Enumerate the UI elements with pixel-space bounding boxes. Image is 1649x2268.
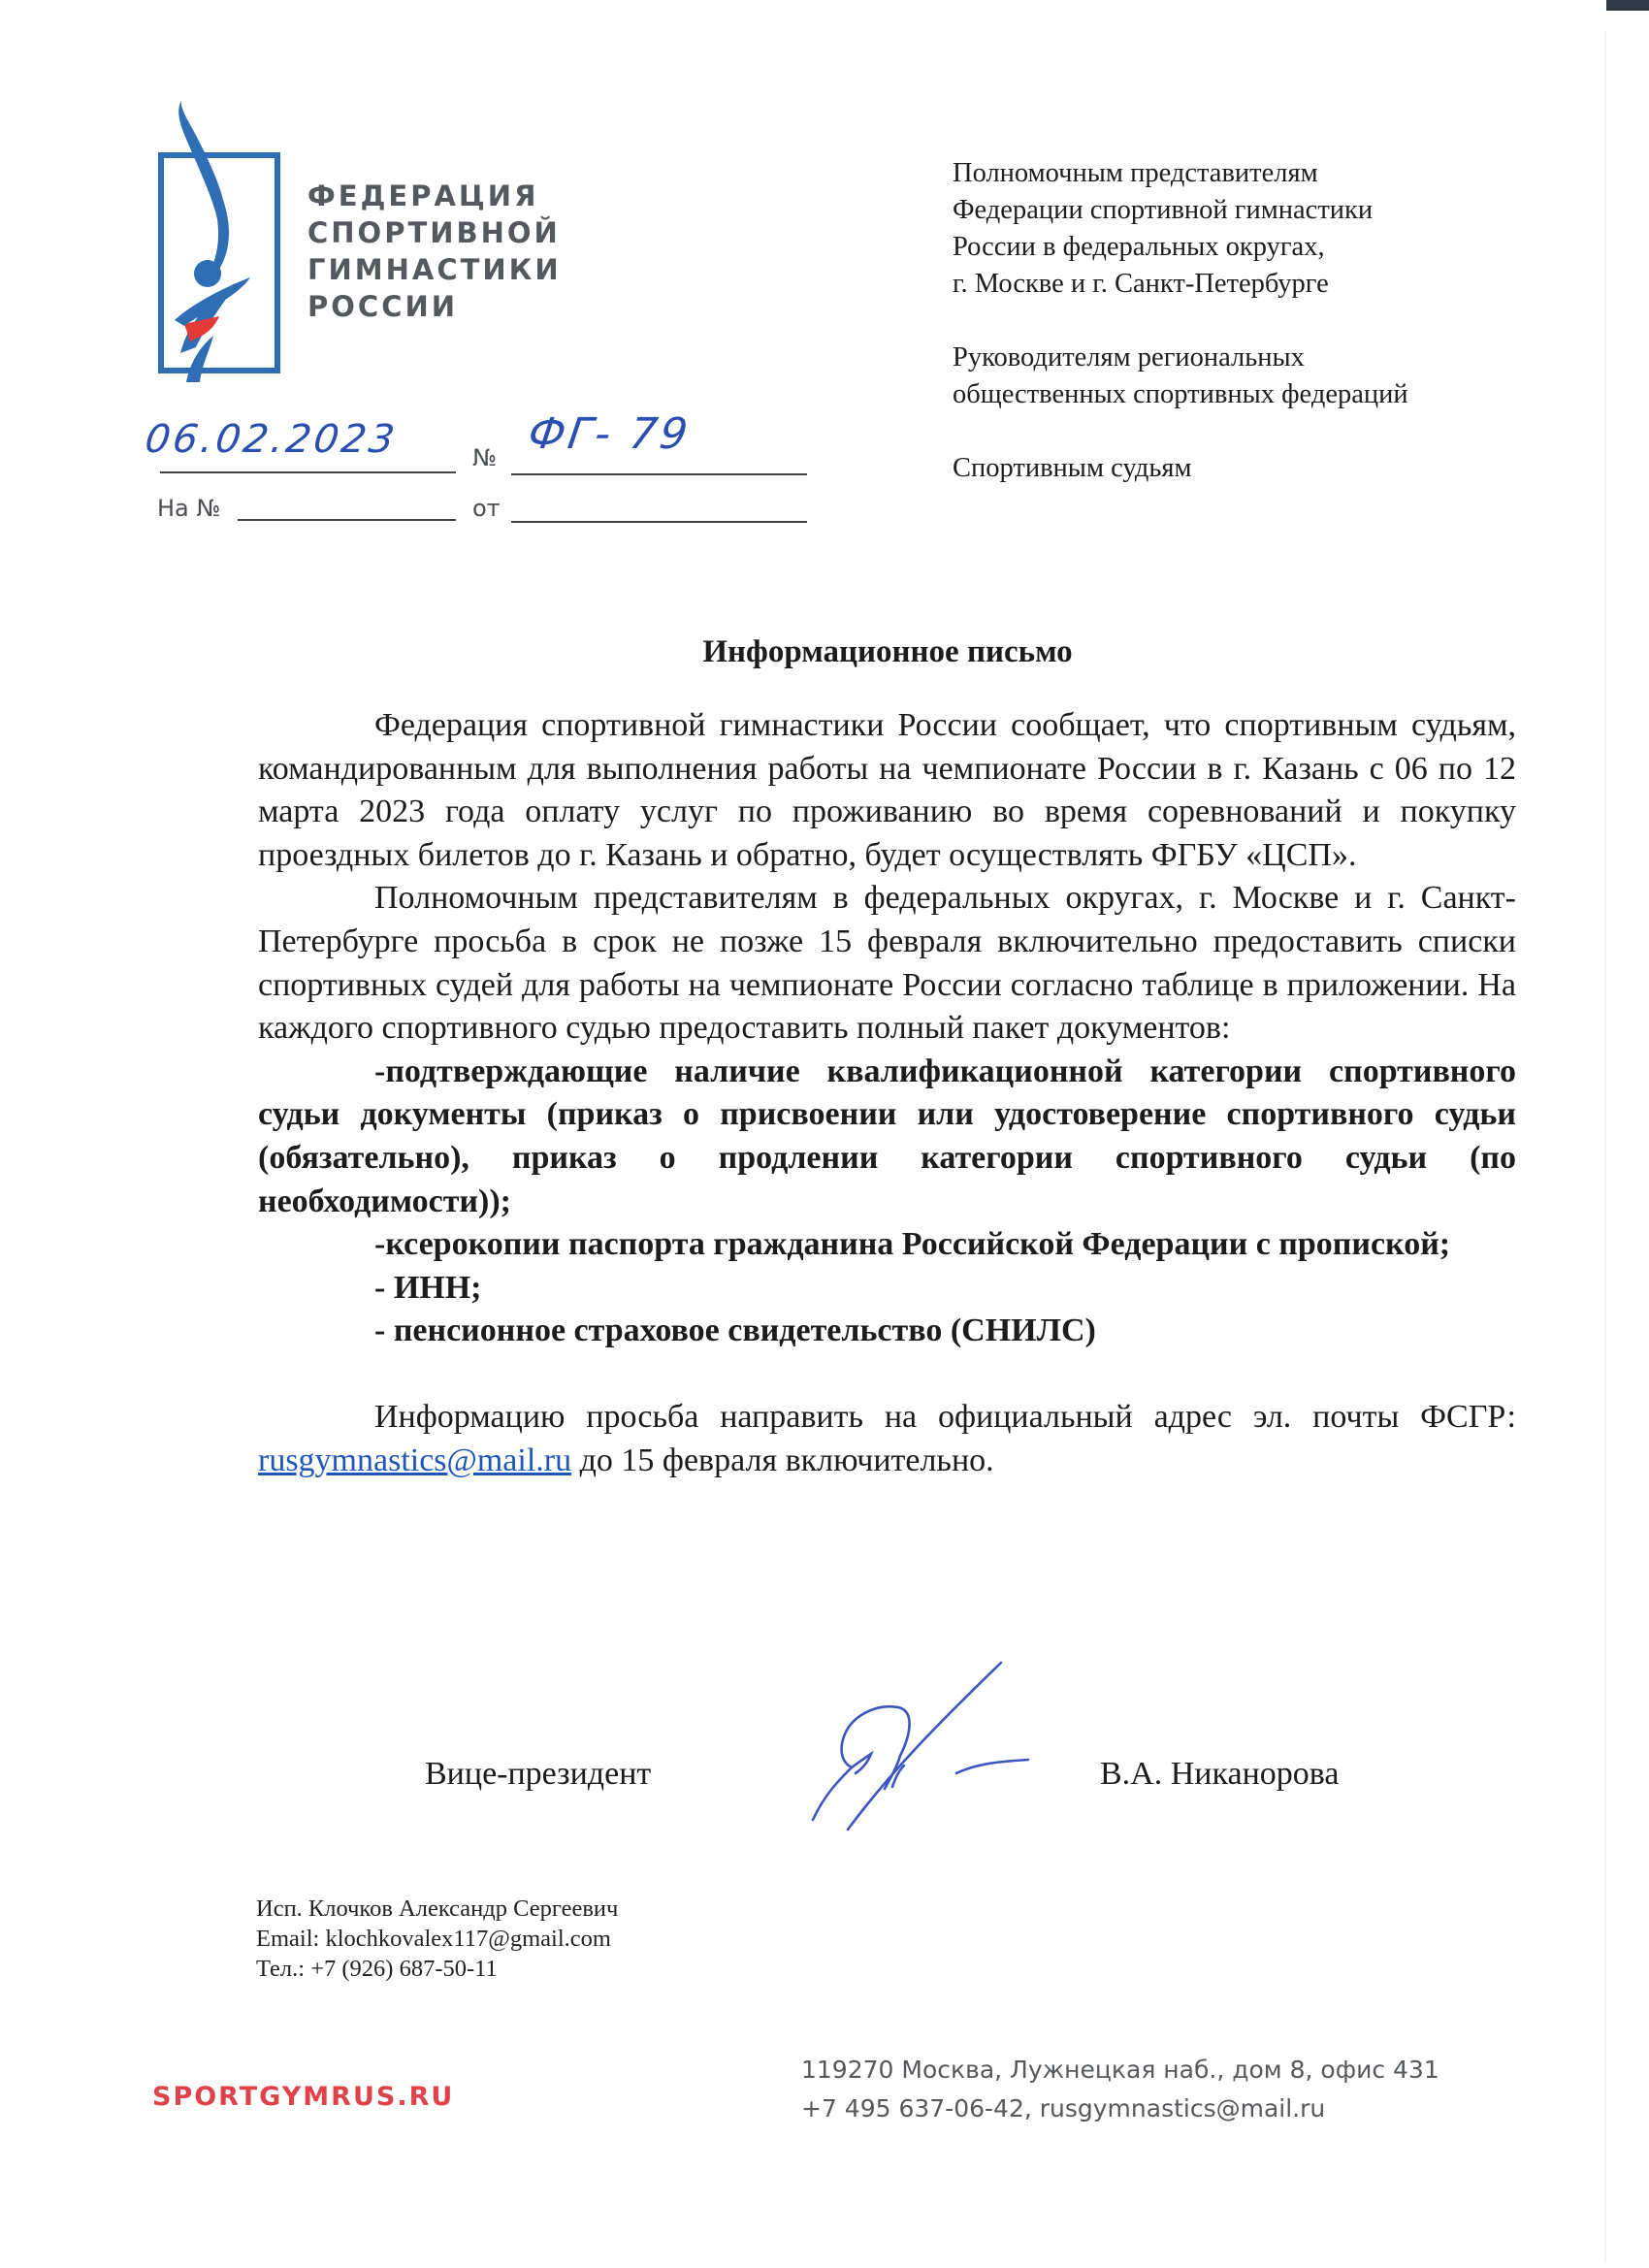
recipient-line: Полномочным представителям: [953, 155, 1408, 192]
scan-edge-line: [1604, 32, 1606, 2263]
footer-website[interactable]: SPORTGYMRUS.RU: [152, 2082, 454, 2112]
logo-line: СПОРТИВНОЙ: [307, 214, 562, 251]
logo-line: РОССИИ: [307, 288, 562, 325]
recipients-block: Полномочным представителям Федерации спо…: [953, 155, 1408, 487]
reply-to-number-label: На №: [157, 495, 220, 522]
paragraph-payment-info: Федерация спортивной гимнастики России с…: [258, 704, 1516, 877]
gymnast-logo-icon: [145, 93, 301, 384]
recipient-group: Полномочным представителям Федерации спо…: [953, 155, 1408, 303]
recipient-line: Спортивным судьям: [953, 450, 1408, 487]
scan-edge-artifact: [1606, 0, 1649, 11]
handwritten-signature-icon: [795, 1649, 1057, 1843]
date-underline: [160, 471, 456, 473]
recipient-group: Руководителям региональных общественных …: [953, 340, 1408, 413]
paragraph-request: Полномочным представителям в федеральных…: [258, 877, 1516, 1050]
recipient-line: г. Москве и г. Санкт-Петербурге: [953, 266, 1408, 303]
federation-name-logo: ФЕДЕРАЦИЯ СПОРТИВНОЙ ГИМНАСТИКИ РОССИИ: [307, 178, 562, 325]
footer-address: 119270 Москва, Лужнецкая наб., дом 8, оф…: [801, 2051, 1439, 2090]
document-item: -ксерокопии паспорта гражданина Российск…: [258, 1223, 1516, 1267]
letter-title: Информационное письмо: [0, 634, 1649, 670]
executor-phone: Тел.: +7 (926) 687-50-11: [256, 1954, 618, 1984]
outgoing-number-handwritten: ФГ- 79: [525, 409, 693, 459]
closing-deadline: до 15 февраля включительно.: [571, 1442, 994, 1478]
reply-from-date-underline: [511, 521, 807, 523]
signatory-role: Вице-президент: [425, 1756, 651, 1793]
paragraph-closing: Информацию просьба направить на официаль…: [258, 1396, 1516, 1482]
outgoing-date-handwritten: 06.02.2023: [143, 417, 400, 462]
document-item: - ИНН;: [258, 1267, 1516, 1311]
number-underline: [511, 473, 807, 475]
footer-contacts: 119270 Москва, Лужнецкая наб., дом 8, оф…: [801, 2051, 1439, 2128]
document-item: -подтверждающие наличие квалификационной…: [258, 1051, 1516, 1223]
executor-block: Исп. Клочков Александр Сергеевич Email: …: [256, 1894, 618, 1984]
recipient-line: Федерации спортивной гимнастики: [953, 192, 1408, 229]
letter-body: Федерация спортивной гимнастики России с…: [258, 704, 1516, 1482]
recipient-line: общественных спортивных федераций: [953, 376, 1408, 413]
document-item: - пенсионное страховое свидетельство (СН…: [258, 1310, 1516, 1353]
footer-phone-email: +7 495 637-06-42, rusgymnastics@mail.ru: [801, 2090, 1439, 2128]
closing-text: Информацию просьба направить на официаль…: [374, 1399, 1516, 1435]
recipient-group: Спортивным судьям: [953, 450, 1408, 487]
executor-email: Email: klochkovalex117@gmail.com: [256, 1924, 618, 1954]
signatory-name: В.А. Никанорова: [1100, 1756, 1339, 1793]
number-label: №: [472, 444, 497, 471]
reply-from-date-label: от: [472, 495, 501, 522]
executor-name: Исп. Клочков Александр Сергеевич: [256, 1894, 618, 1924]
recipient-line: Руководителям региональных: [953, 340, 1408, 376]
recipient-line: России в федеральных округах,: [953, 229, 1408, 266]
logo-line: ФЕДЕРАЦИЯ: [307, 178, 562, 214]
federation-email-link[interactable]: rusgymnastics@mail.ru: [258, 1442, 571, 1478]
reply-to-number-underline: [238, 519, 456, 521]
logo-line: ГИМНАСТИКИ: [307, 251, 562, 288]
